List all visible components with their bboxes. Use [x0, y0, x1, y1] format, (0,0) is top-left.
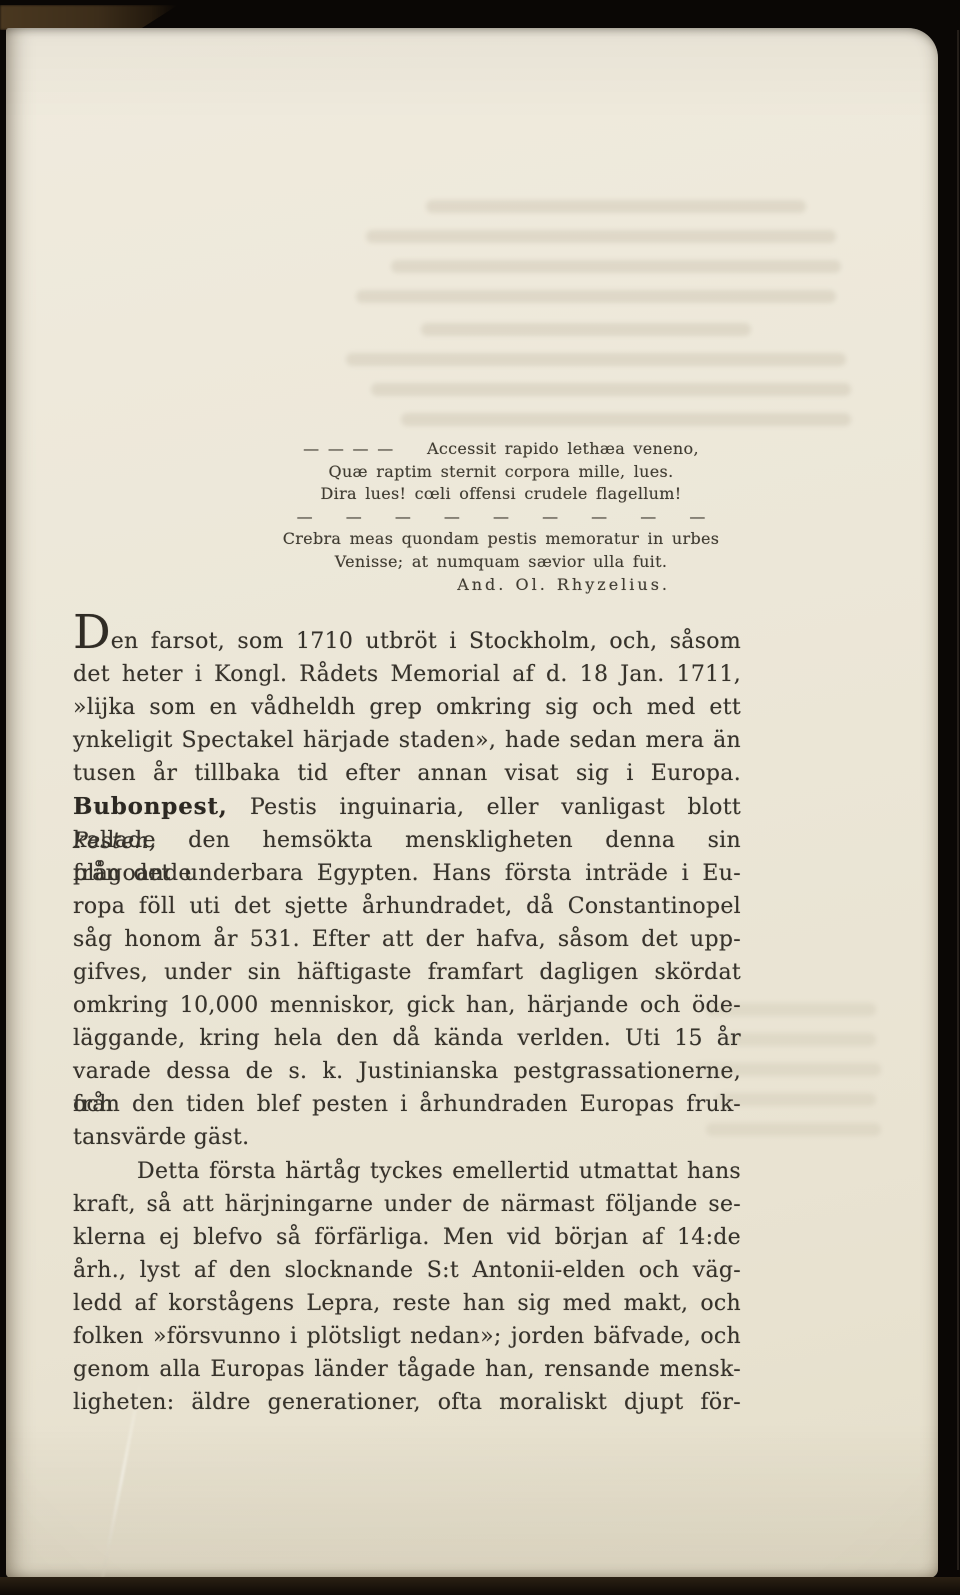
text-line: kallade den hemsökta menskligheten denna…: [73, 824, 741, 857]
text-line: det heter i Kongl. Rådets Memorial af d.…: [73, 658, 741, 691]
text-segment: kraft, så att härjningarne under de närm…: [73, 1192, 741, 1217]
scan-bottom-shadow: [0, 1577, 960, 1595]
text-line: gifves, under sin häftigaste framfart da…: [73, 956, 741, 989]
text-segment: en farsot, som 1710 utbröt i Stockholm, …: [111, 629, 741, 654]
text-segment: Bubonpest,: [73, 793, 228, 820]
text-line: från det underbara Egypten. Hans första …: [73, 857, 741, 890]
bleedthrough-smudge: [421, 323, 751, 336]
text-line: omkring 10,000 menniskor, gick han, härj…: [73, 989, 741, 1022]
text-line: Bubonpest, Pestis inguinaria, eller vanl…: [73, 790, 741, 823]
epigraph-line: — — — — Accessit rapido lethæa veneno,: [276, 438, 726, 461]
epigraph-line: Quæ raptim sternit corpora mille, lues.: [276, 461, 726, 484]
bleedthrough-smudge: [346, 353, 846, 366]
text-segment: ledd af korstågens Lepra, reste han sig …: [73, 1291, 741, 1316]
bleedthrough-smudge: [371, 383, 851, 396]
text-line: Detta första härtåg tyckes emellertid ut…: [73, 1155, 741, 1188]
scanned-book-page: { "document": { "kind": "scanned book pa…: [0, 0, 960, 1595]
text-line: ledd af korstågens Lepra, reste han sig …: [73, 1287, 741, 1320]
bleedthrough-smudge: [726, 1033, 876, 1046]
text-line: »lijka som en vådheldh grep omkring sig …: [73, 691, 741, 724]
epigraph-line: Dira lues! cœli offensi crudele flagellu…: [276, 483, 726, 506]
epigraph-line: Venisse; at numquam sævior ulla fuit.: [276, 551, 726, 574]
scan-corner-shadow: [0, 5, 178, 30]
text-segment: Detta första härtåg tyckes emellertid ut…: [137, 1159, 741, 1184]
text-line: genom alla Europas länder tågade han, re…: [73, 1353, 741, 1386]
epigraph: — — — — Accessit rapido lethæa veneno, Q…: [276, 438, 726, 596]
bleedthrough-smudge: [391, 260, 841, 273]
text-segment: det heter i Kongl. Rådets Memorial af d.…: [73, 662, 741, 687]
text-line: klerna ej blefvo så förfärliga. Men vid …: [73, 1221, 741, 1254]
epigraph-attribution: And. Ol. Rhyzelius.: [276, 574, 726, 597]
text-segment: genom alla Europas länder tågade han, re…: [73, 1357, 741, 1382]
text-segment: gifves, under sin häftigaste framfart da…: [73, 960, 741, 985]
text-line: såg honom år 531. Efter att der hafva, s…: [73, 923, 741, 956]
text-line: tusen år tillbaka tid efter annan visat …: [73, 757, 741, 790]
text-line: ynkeligit Spectakel härjade staden», had…: [73, 724, 741, 757]
text-line: folken »försvunno i plötsligt nedan»; jo…: [73, 1320, 741, 1353]
text-segment: från det underbara Egypten. Hans första …: [73, 861, 741, 886]
text-line: tansvärde gäst.: [73, 1121, 741, 1154]
epigraph-divider-dashes: — — — — — — — — —: [276, 506, 726, 529]
scan-edge-highlight: [957, 30, 959, 1570]
text-line: varade dessa de s. k. Justinianska pestg…: [73, 1055, 741, 1088]
text-segment: tansvärde gäst.: [73, 1125, 249, 1150]
text-segment: ligheten: äldre generationer, ofta moral…: [73, 1390, 741, 1415]
text-line: ropa föll uti det sjette århundradet, då…: [73, 890, 741, 923]
text-line: kraft, så att härjningarne under de närm…: [73, 1188, 741, 1221]
text-segment: folken »försvunno i plötsligt nedan»; jo…: [73, 1324, 741, 1349]
text-line: läggande, kring hela den då kända verlde…: [73, 1022, 741, 1055]
text-line: Den farsot, som 1710 utbröt i Stockholm,…: [73, 625, 741, 658]
initial-capital: D: [73, 605, 111, 660]
text-segment: Pestis inguinaria, eller vanligast blott: [228, 795, 741, 820]
text-segment: »lijka som en vådheldh grep omkring sig …: [73, 695, 741, 720]
text-line: från den tiden blef pesten i århundraden…: [73, 1088, 741, 1121]
text-segment: omkring 10,000 menniskor, gick han, härj…: [73, 993, 741, 1018]
text-segment: årh., lyst af den slocknande S:t Antonii…: [73, 1258, 741, 1283]
text-line: ligheten: äldre generationer, ofta moral…: [73, 1386, 741, 1419]
text-segment: tusen år tillbaka tid efter annan visat …: [73, 761, 741, 786]
text-segment: såg honom år 531. Efter att der hafva, s…: [73, 927, 741, 952]
text-line: årh., lyst af den slocknande S:t Antonii…: [73, 1254, 741, 1287]
epigraph-line: Crebra meas quondam pestis memoratur in …: [276, 528, 726, 551]
bleedthrough-smudge: [366, 230, 836, 243]
book-page: — — — — Accessit rapido lethæa veneno, Q…: [6, 28, 938, 1578]
text-segment: ropa föll uti det sjette århundradet, då…: [73, 894, 741, 919]
text-segment: från den tiden blef pesten i århundraden…: [73, 1092, 741, 1117]
body-paragraph: Den farsot, som 1710 utbröt i Stockholm,…: [73, 625, 741, 1419]
text-segment: läggande, kring hela den då kända verlde…: [73, 1026, 741, 1051]
bleedthrough-smudge: [356, 290, 836, 303]
bleedthrough-smudge: [401, 413, 851, 426]
bleedthrough-smudge: [426, 200, 806, 213]
text-segment: ynkeligit Spectakel härjade staden», had…: [73, 728, 741, 753]
text-segment: klerna ej blefvo så förfärliga. Men vid …: [73, 1225, 741, 1250]
